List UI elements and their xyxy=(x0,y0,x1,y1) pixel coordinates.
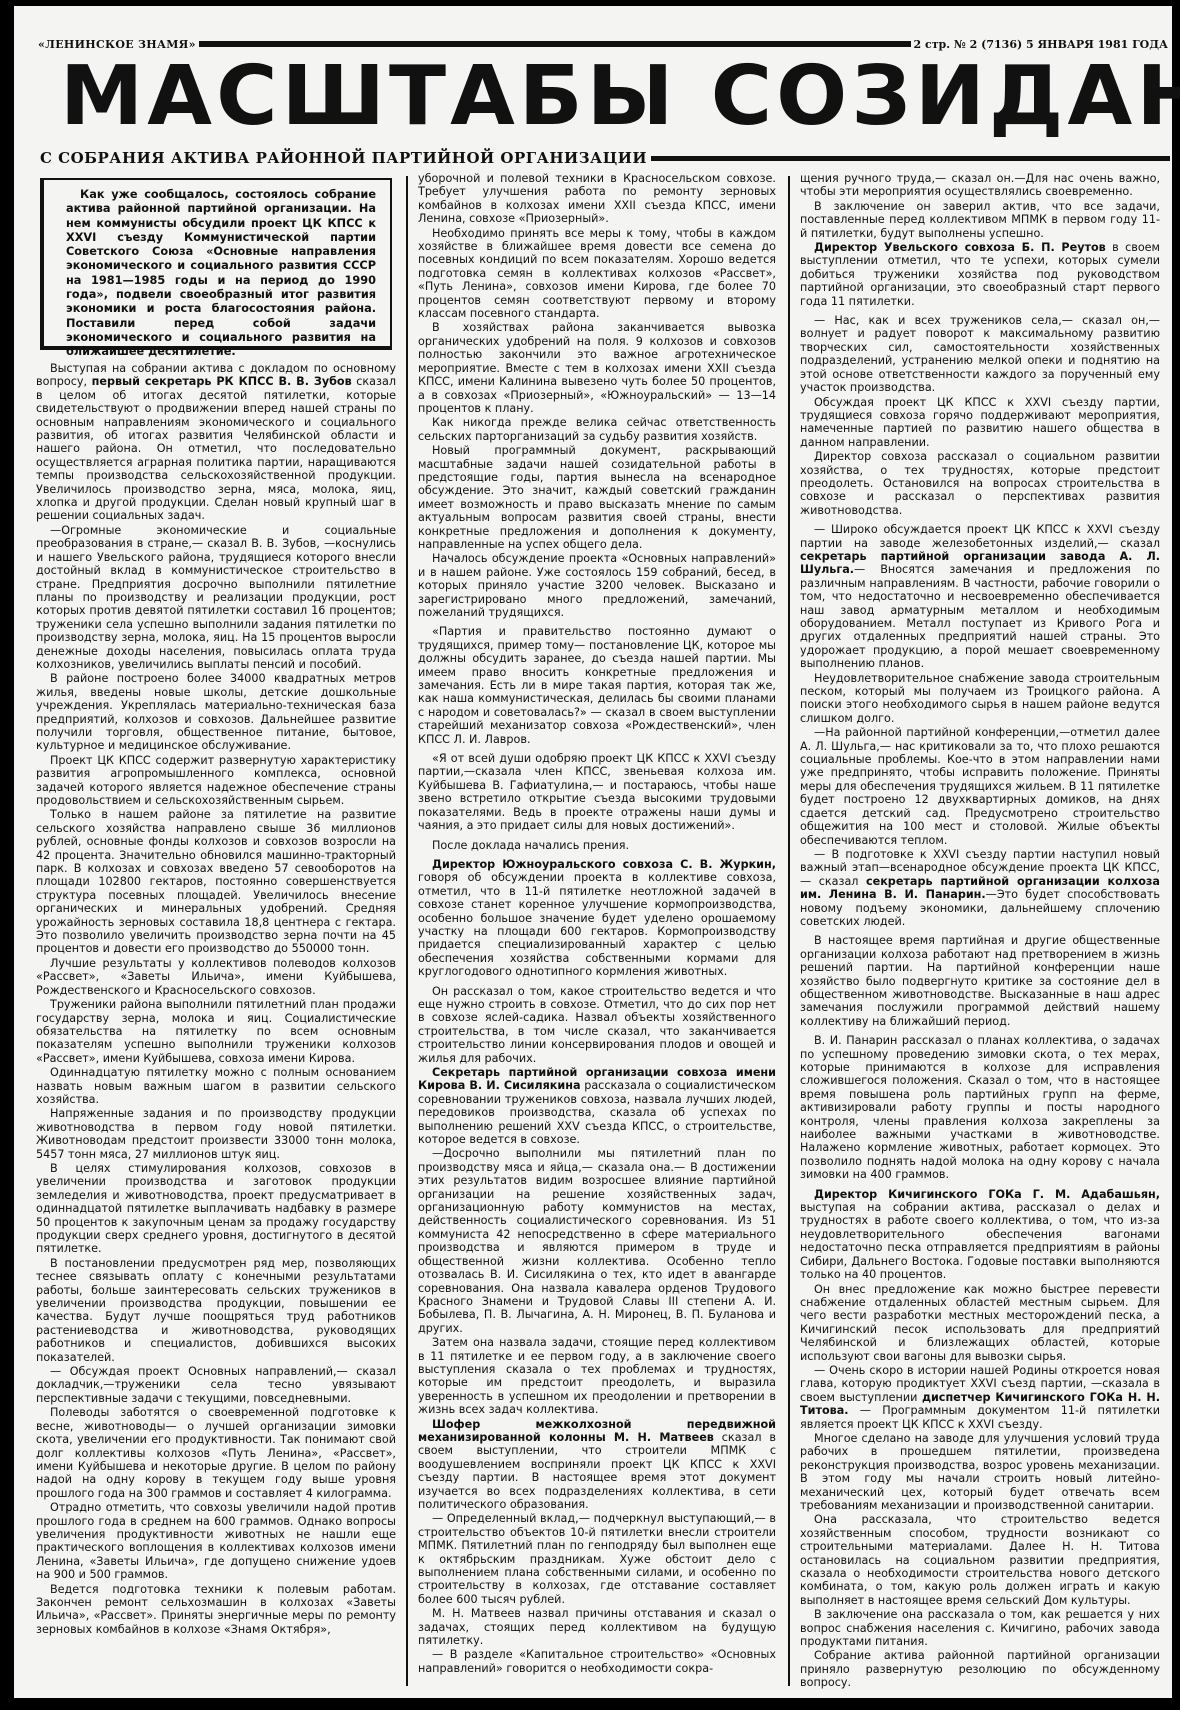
column-rule-1 xyxy=(406,176,408,1686)
paragraph: Полеводы заботятся о своевременной подго… xyxy=(36,1406,396,1500)
paragraph: В целях стимулирования колхозов, совхозо… xyxy=(36,1162,396,1256)
paragraph: В заключение она рассказала о том, как р… xyxy=(800,1608,1160,1648)
paragraph: Он рассказал о том, какое строительство … xyxy=(418,985,776,1065)
column-3: щения ручного труда,— сказал он.—Для нас… xyxy=(800,172,1160,1691)
kicker-rule xyxy=(651,156,1170,161)
paragraph: — Определенный вклад,— подчеркнул выступ… xyxy=(418,1512,776,1606)
headline: МАСШТАБЫ СОЗИДАНИЯ xyxy=(60,56,1151,138)
paragraph: Как никогда прежде велика сейчас ответст… xyxy=(418,416,776,443)
paragraph: Одиннадцатую пятилетку можно с полным ос… xyxy=(36,1066,396,1106)
paragraph: «Я от всей души одобряю проект ЦК КПСС к… xyxy=(418,752,776,832)
paragraph: Секретарь партийной организации совхоза … xyxy=(418,1066,776,1146)
paragraph: Необходимо принять все меры к тому, чтоб… xyxy=(418,227,776,321)
paragraph: — Широко обсуждается проект ЦК КПСС к XX… xyxy=(800,523,1160,670)
paragraph: После доклада начались прения. xyxy=(418,839,776,852)
paragraph: Она рассказала, что строительство ведетс… xyxy=(800,1513,1160,1607)
paragraph: В районе построено более 34000 квадратны… xyxy=(36,672,396,752)
paragraph: В заключение он заверил актив, что все з… xyxy=(800,200,1160,240)
paragraph: Отрадно отметить, что совхозы увеличили … xyxy=(36,1501,396,1581)
paragraph: Проект ЦК КПСС содержит развернутую хара… xyxy=(36,754,396,808)
paragraph: М. Н. Матвеев назвал причины отставания … xyxy=(418,1607,776,1647)
text: сказал в целом об итогах десятой пятилет… xyxy=(36,375,396,522)
section-kicker: С СОБРАНИЯ АКТИВА РАЙОННОЙ ПАРТИЙНОЙ ОРГ… xyxy=(40,148,1170,168)
scan-border-right xyxy=(1172,0,1180,1710)
paragraph: —Огромные экономические и социальные пре… xyxy=(36,524,396,671)
newspaper-page: «ЛЕНИНСКОЕ ЗНАМЯ» 2 стр. № 2 (7136) 5 ЯН… xyxy=(0,0,1180,1710)
paragraph: — Обсуждая проект Основных направлений,—… xyxy=(36,1365,396,1405)
text: — Широко обсуждается проект ЦК КПСС к XX… xyxy=(800,523,1160,549)
scan-border-left xyxy=(0,0,14,1710)
paragraph: Неудовлетворительное снабжение завода ст… xyxy=(800,672,1160,726)
column-1: Выступая на собрании актива с докладом п… xyxy=(36,362,396,1637)
speaker-name: первый секретарь РК КПСС В. В. Зубов xyxy=(92,375,352,388)
intro-box: Как уже сообщалось, состоялось собрание … xyxy=(40,178,392,350)
kicker-label: С СОБРАНИЯ АКТИВА РАЙОННОЙ ПАРТИЙНОЙ ОРГ… xyxy=(40,149,647,167)
masthead-rule xyxy=(199,41,911,47)
paragraph: В хозяйствах района заканчивается вывозк… xyxy=(418,321,776,415)
paragraph: Лучшие результаты у коллективов полеводо… xyxy=(36,957,396,997)
paragraph: Директор совхоза рассказал о социальном … xyxy=(800,450,1160,517)
paragraph: Директор Южноуральского совхоза С. В. Жу… xyxy=(418,858,776,979)
scan-border-bottom xyxy=(0,1698,1180,1710)
paragraph: Затем она назвала задачи, стоящие перед … xyxy=(418,1336,776,1416)
paragraph: Только в нашем районе за пятилетие на ра… xyxy=(36,808,396,955)
intro-text: Как уже сообщалось, состоялось собрание … xyxy=(66,188,376,360)
text: выступая на собрании актива, рассказал о… xyxy=(800,1201,1160,1281)
paragraph: Он внес предложение как можно быстрее пе… xyxy=(800,1283,1160,1363)
paragraph: Собрание актива районной партийной орган… xyxy=(800,1649,1160,1689)
paragraph: — Нас, как и всех тружеников села,— сказ… xyxy=(800,314,1160,394)
paragraph: В постановлении предусмотрен ряд мер, по… xyxy=(36,1257,396,1364)
paragraph: Ведется подготовка техники к полевым раб… xyxy=(36,1583,396,1637)
column-rule-2 xyxy=(788,176,790,1686)
paragraph: щения ручного труда,— сказал он.—Для нас… xyxy=(800,172,1160,199)
paragraph: Началось обсуждение проекта «Основных на… xyxy=(418,552,776,619)
text: — Программным документом 11-й пятилетки … xyxy=(800,1404,1160,1430)
paragraph: Выступая на собрании актива с докладом п… xyxy=(36,362,396,523)
paragraph: «Партия и правительство постоянно думают… xyxy=(418,625,776,746)
paragraph: Обсуждая проект ЦК КПСС к XXVI съезду па… xyxy=(800,396,1160,450)
paragraph: Труженики района выполнили пятилетний пл… xyxy=(36,998,396,1065)
scan-border-top xyxy=(0,0,1180,6)
column-2: уборочной и полевой техники в Красносель… xyxy=(418,172,776,1676)
paragraph: В. И. Панарин рассказал о планах коллект… xyxy=(800,1034,1160,1181)
speaker-name: Директор Увельского совхоза Б. П. Реутов xyxy=(814,241,1106,254)
paragraph: В настоящее время партийная и другие общ… xyxy=(800,934,1160,1028)
paragraph: — В подготовке к XXVI съезду партии наст… xyxy=(800,848,1160,928)
paragraph: Многое сделано на заводе для улучшения у… xyxy=(800,1432,1160,1512)
paragraph: Директор Увельского совхоза Б. П. Реутов… xyxy=(800,241,1160,308)
paragraph: — В разделе «Капитальное строительство» … xyxy=(418,1648,776,1675)
paragraph: Новый программный документ, раскрывающий… xyxy=(418,444,776,551)
paragraph: уборочной и полевой техники в Красносель… xyxy=(418,172,776,226)
text: говоря об обсуждении проекта в коллектив… xyxy=(418,871,776,978)
paragraph: Директор Кичигинского ГОКа Г. М. Адабашь… xyxy=(800,1188,1160,1282)
paragraph: — Очень скоро в истории нашей Родины отк… xyxy=(800,1364,1160,1431)
paragraph: Шофер межколхозной передвижной механизир… xyxy=(418,1418,776,1512)
paragraph: —Досрочно выполнили мы пятилетний план п… xyxy=(418,1147,776,1335)
text: — Вносятся замечания и предложения по ра… xyxy=(800,563,1160,670)
paragraph: Напряженные задания и по производству пр… xyxy=(36,1107,396,1161)
speaker-name: Директор Кичигинского ГОКа Г. М. Адабашь… xyxy=(814,1188,1160,1201)
paragraph: —На районной партийной конференции,—отме… xyxy=(800,726,1160,847)
speaker-name: Директор Южноуральского совхоза С. В. Жу… xyxy=(432,858,776,871)
